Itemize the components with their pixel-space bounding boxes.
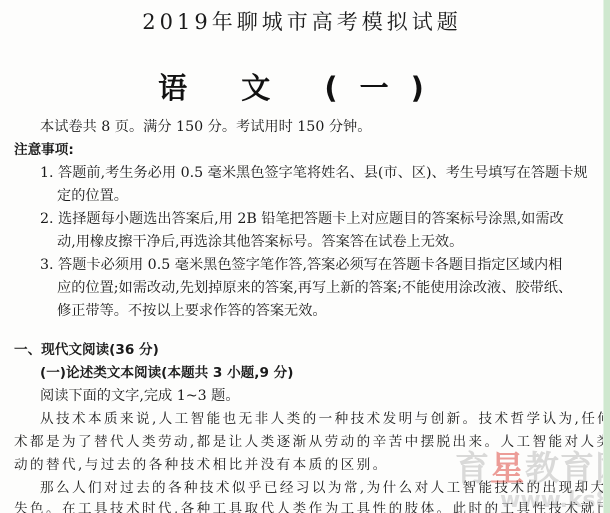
reading-instruction: 阅读下面的文字,完成 1~3 题。 xyxy=(40,387,240,405)
watermark-accent: 星 xyxy=(490,449,525,489)
note-item-1-line2: 定的位置。 xyxy=(57,187,128,205)
subject-title: 语 文 (一) xyxy=(0,66,604,107)
exam-intro: 本试卷共 8 页。满分 150 分。考试用时 150 分钟。 xyxy=(40,118,371,136)
exam-title: 2019年聊城市高考模拟试题 xyxy=(0,6,604,36)
note-item-2-line2: 动,用橡皮擦干净后,再选涂其他答案标号。答案答在试卷上无效。 xyxy=(57,233,463,251)
watermark-logo: 育星教育网 xyxy=(455,441,610,490)
note-item-3-line2: 应的位置;如需改动,先划掉原来的答案,再写上新的答案;不能使用涂改液、胶带纸、 xyxy=(57,279,572,297)
note-item-2-line1: 2. 选择题每小题选出答案后,用 2B 铅笔把答题卡上对应题目的答案标号涂黑,如… xyxy=(40,210,564,228)
watermark-suffix: 教育网 xyxy=(525,449,610,489)
paragraph-1-line3: 动的替代,与过去的各种技术相比并没有本质的区别。 xyxy=(14,456,389,474)
section-subheading: (一)论述类文本阅读(本题共 3 小题,9 分) xyxy=(40,364,293,382)
note-item-3-line3: 修正带等。不按以上要求作答的答案无效。 xyxy=(57,302,327,320)
page-edge-border xyxy=(603,0,610,513)
exam-page: 2019年聊城市高考模拟试题 语 文 (一) 本试卷共 8 页。满分 150 分… xyxy=(0,0,604,513)
notes-heading: 注意事项: xyxy=(14,141,74,159)
note-item-3-line1: 3. 答题卡必须用 0.5 毫米黑色签字笔作答,答案必须写在答题卡各题目指定区域… xyxy=(40,256,562,274)
paragraph-1-line1: 从技术本质来说,人工智能也无非人类的一种技术发明与创新。技术哲学认为,任何技 xyxy=(40,410,610,428)
watermark-url: www.ks88.com xyxy=(500,488,610,513)
watermark-prefix: 育 xyxy=(455,449,490,489)
section-heading: 一、现代文阅读(36 分) xyxy=(14,341,159,359)
note-item-1-line1: 1. 答题前,考生务必用 0.5 毫米黑色签字笔将姓名、县(市、区)、考生号填写… xyxy=(40,164,588,182)
